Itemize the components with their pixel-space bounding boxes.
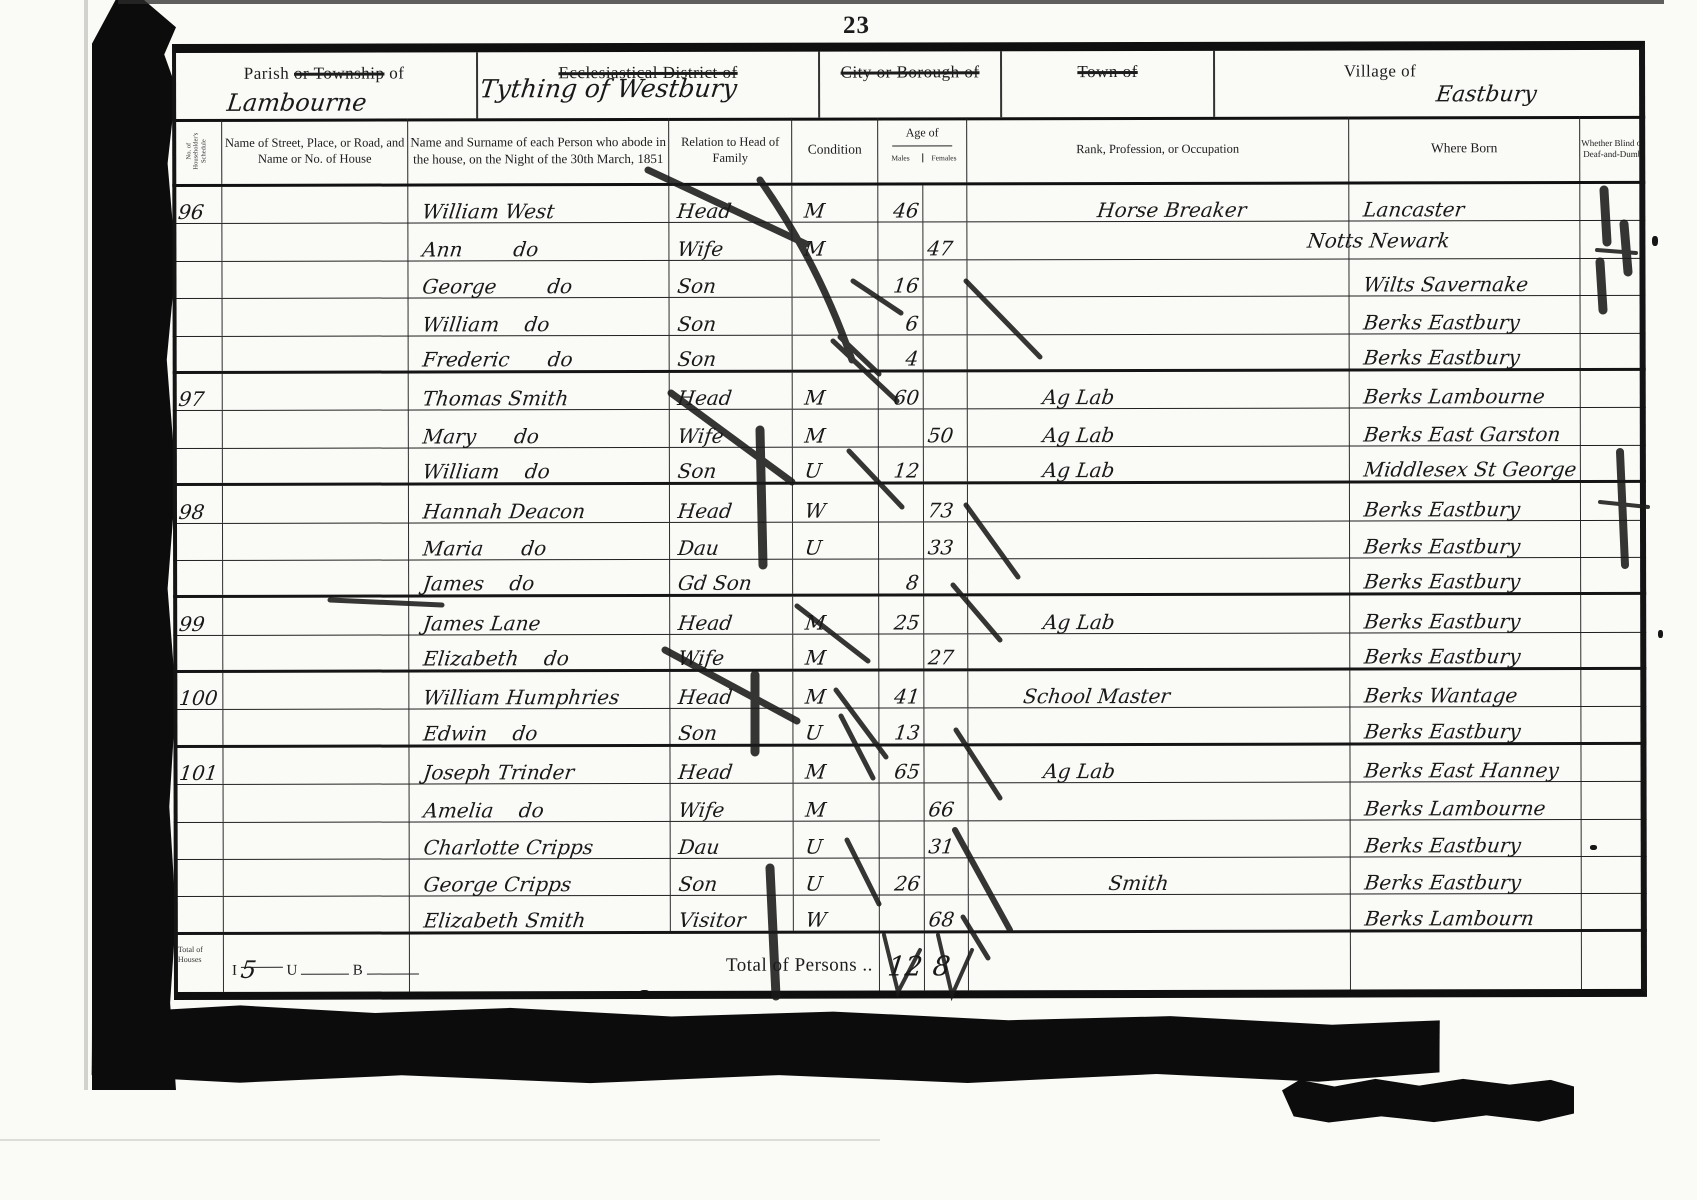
- condition-cell: M: [794, 784, 880, 821]
- infirm-cell: [1581, 745, 1646, 782]
- born-cell: Berks Eastbury: [1350, 558, 1581, 593]
- age-females-cell: [924, 671, 968, 707]
- street-cell: [223, 411, 409, 448]
- street-cell: [223, 486, 409, 523]
- born-cell: Berks Wantage: [1350, 670, 1581, 707]
- age-males-cell: 12: [879, 447, 924, 481]
- age-males-cell: [878, 223, 923, 259]
- person-name-cell: James do: [409, 560, 670, 595]
- schedule-number-cell: [173, 523, 223, 559]
- infirm-cell: [1581, 371, 1646, 408]
- table-row: Ann do Wife M 47 Notts Newark: [172, 221, 1645, 261]
- infirm-cell: [1581, 707, 1646, 742]
- street-cell: [223, 523, 409, 560]
- total-houses-label-cell: Total of Houses: [174, 935, 224, 992]
- table-row: 100 William Humphries Head M 41 School M…: [173, 670, 1646, 710]
- schedule-number-cell: [172, 224, 222, 260]
- relation-cell: Dau: [671, 821, 794, 858]
- age-females-cell: [924, 559, 968, 593]
- age-males-cell: 26: [880, 858, 925, 894]
- occupation-cell: [968, 521, 1350, 558]
- street-cell: [223, 373, 409, 410]
- age-females-cell: [924, 298, 968, 334]
- schedule-number-cell: [173, 636, 223, 670]
- born-cell: Berks Eastbury: [1350, 708, 1581, 743]
- age-females-cell: 33: [924, 522, 968, 558]
- infirm-cell: [1581, 595, 1646, 632]
- occupation-cell: Smith: [969, 858, 1351, 895]
- infirm-cell: [1580, 221, 1645, 258]
- condition-cell: U: [793, 447, 879, 482]
- table-row: 97 Thomas Smith Head M 60 Ag Lab Berks L…: [173, 371, 1646, 411]
- relation-cell: Son: [670, 447, 793, 482]
- age-males-cell: 4: [879, 335, 924, 369]
- person-name-cell: Amelia do: [410, 784, 671, 821]
- born-cell: Berks Eastbury: [1350, 296, 1581, 333]
- table-row: Amelia do Wife M 66 Berks Lambourne: [174, 782, 1647, 822]
- street-cell: [223, 710, 409, 745]
- age-males-cell: 65: [879, 746, 924, 782]
- occupation-cell: [968, 297, 1350, 334]
- total-males-cell: 12: [880, 933, 925, 990]
- table-row: 96 William West Head M 46 Horse Breaker …: [172, 184, 1645, 224]
- table-row: George Cripps Son U 26 Smith Berks Eastb…: [174, 857, 1647, 897]
- street-cell: [224, 822, 410, 859]
- infirm-cell: [1582, 782, 1647, 819]
- totals-row: Total of Houses I 5 U B Total of Persons…: [174, 932, 1647, 992]
- relation-cell: Wife: [670, 410, 793, 447]
- born-cell: Wilts Savernake: [1349, 259, 1580, 296]
- occupation-cell: [967, 222, 1349, 259]
- age-females-cell: [923, 185, 967, 221]
- condition-cell: [792, 260, 878, 297]
- infirm-cell: [1581, 483, 1646, 520]
- infirm-cell: [1580, 259, 1645, 296]
- table-row: Mary do Wife M 50 Ag Lab Berks East Gars…: [173, 408, 1646, 448]
- district-section: Ecclesiastical District of Tything of We…: [478, 52, 820, 119]
- census-scan-page: 23 Parish or Township of Lambourne Eccle…: [0, 0, 1697, 1200]
- col-header-infirm: Whether Blind or Deaf-and-Dumb: [1580, 116, 1645, 181]
- occupation-cell: Ag Lab: [968, 745, 1350, 782]
- condition-cell: [793, 298, 879, 335]
- condition-cell: U: [793, 522, 879, 559]
- street-cell: [223, 299, 409, 336]
- table-row: Charlotte Cripps Dau U 31 Berks Eastbury: [174, 820, 1647, 860]
- age-females-cell: [925, 858, 969, 894]
- relation-cell: Wife: [671, 784, 794, 821]
- occupation-cell: [968, 633, 1350, 668]
- person-name-cell: Elizabeth do: [409, 635, 670, 670]
- schedule-number-cell: [174, 897, 224, 931]
- age-divider-line: [892, 145, 952, 146]
- person-name-cell: Maria do: [409, 522, 670, 559]
- col-header-schedule: No. of Householder's Schedule: [172, 119, 222, 184]
- schedule-number-cell: [172, 262, 222, 298]
- born-cell: Berks Eastbury: [1350, 483, 1581, 520]
- table-body: 96 William West Head M 46 Horse Breaker …: [172, 184, 1647, 935]
- infirm-cell: [1581, 520, 1646, 557]
- total-males: 12: [886, 951, 924, 982]
- city-label: City or Borough of: [820, 62, 1000, 82]
- occupation-cell: Ag Lab: [968, 446, 1350, 481]
- age-males-cell: 13: [879, 709, 924, 743]
- born-cell: Middlesex St George: [1350, 446, 1581, 481]
- table-row: Elizabeth Smith Visitor W 68 Berks Lambo…: [174, 894, 1647, 934]
- schedule-number-cell: [174, 785, 224, 821]
- occupation-cell: Ag Lab: [968, 596, 1350, 633]
- infirm-cell: [1581, 558, 1646, 593]
- person-name-cell: Mary do: [409, 410, 670, 447]
- occupation-cell: School Master: [968, 671, 1350, 708]
- col-header-relation: Relation to Head of Family: [669, 118, 792, 183]
- age-males-cell: 8: [879, 559, 924, 593]
- schedule-number-cell: [173, 561, 223, 595]
- relation-cell: Son: [670, 709, 793, 744]
- street-cell: [223, 448, 409, 483]
- schedule-number-cell: [173, 449, 223, 483]
- street-cell: [222, 224, 408, 261]
- relation-cell: Head: [670, 747, 793, 784]
- schedule-number-cell: [173, 336, 223, 370]
- person-name-cell: Edwin do: [409, 709, 670, 744]
- person-name-cell: William do: [409, 448, 670, 483]
- born-cell: Berks East Garston: [1350, 408, 1581, 445]
- table-row: James do Gd Son 8 Berks Eastbury: [173, 558, 1646, 598]
- age-males-cell: [879, 522, 924, 558]
- schedule-number-cell: [174, 860, 224, 896]
- occupation-cell: Horse Breaker: [967, 185, 1349, 222]
- street-cell: [224, 860, 410, 897]
- age-females-cell: [924, 746, 968, 782]
- condition-cell: U: [794, 859, 880, 896]
- age-males-cell: [879, 485, 924, 521]
- age-females-cell: 47: [923, 223, 967, 259]
- infirm-cell: [1581, 333, 1646, 368]
- village-section: Village of Eastbury: [1215, 50, 1645, 117]
- age-males-cell: 25: [879, 597, 924, 633]
- table-row: Frederic do Son 4 Berks Eastbury: [173, 333, 1646, 373]
- person-name-cell: Charlotte Cripps: [410, 822, 671, 859]
- born-cell: Berks Eastbury: [1350, 521, 1581, 558]
- total-females: 8: [931, 951, 952, 982]
- col-header-age: Age of Males Females: [878, 117, 967, 182]
- condition-cell: [793, 559, 879, 594]
- infirm-cell: [1581, 408, 1646, 445]
- relation-cell: Head: [670, 485, 793, 522]
- occupation-cell: Ag Lab: [968, 371, 1350, 408]
- person-name-cell: Ann do: [408, 223, 669, 260]
- born-cell: Lancaster: [1349, 184, 1580, 221]
- totals-empty-occupation: [969, 933, 1351, 991]
- street-cell: [222, 261, 408, 298]
- relation-cell: Son: [671, 859, 794, 896]
- condition-cell: M: [793, 634, 879, 669]
- table-row: William do Son 6 Berks Eastbury: [173, 296, 1646, 336]
- occupation-cell: [969, 783, 1351, 820]
- scan-artifact-left-band: [92, 0, 176, 1090]
- total-houses-label: Total of Houses: [178, 945, 223, 964]
- condition-cell: M: [793, 672, 879, 709]
- street-cell: [223, 560, 409, 595]
- person-name-cell: William Humphries: [409, 672, 670, 709]
- schedule-number-cell: 98: [173, 486, 223, 522]
- relation-cell: Son: [670, 335, 793, 370]
- relation-cell: Wife: [669, 223, 792, 260]
- col-header-occupation: Rank, Profession, or Occupation: [967, 117, 1349, 183]
- occupation-cell: [968, 708, 1350, 743]
- relation-cell: Son: [670, 298, 793, 335]
- infirm-cell: [1581, 446, 1646, 481]
- houses-tally: I 5 U B: [232, 952, 419, 979]
- occupation-cell: [967, 259, 1349, 296]
- person-name-cell: Elizabeth Smith: [410, 896, 671, 931]
- schedule-number-cell: 100: [173, 673, 223, 709]
- age-females-cell: [924, 372, 968, 408]
- schedule-number-cell: [174, 823, 224, 859]
- age-females-cell: [924, 335, 968, 369]
- street-cell: [222, 187, 408, 224]
- infirm-cell: [1582, 894, 1647, 929]
- age-males-cell: 41: [879, 672, 924, 708]
- schedule-number-cell: [173, 411, 223, 447]
- age-females-cell: [924, 709, 968, 743]
- street-cell: [223, 598, 409, 635]
- street-cell: [224, 897, 410, 932]
- relation-cell: Head: [670, 597, 793, 634]
- town-section: Town of: [1002, 51, 1215, 117]
- relation-cell: Gd Son: [670, 560, 793, 595]
- condition-cell: U: [793, 709, 879, 744]
- table-row: Edwin do Son U 13 Berks Eastbury: [173, 707, 1646, 747]
- age-females-cell: [923, 260, 967, 296]
- occupation-cell: [968, 334, 1350, 369]
- table-row: 101 Joseph Trinder Head M 65 Ag Lab Berk…: [173, 745, 1646, 785]
- age-females-cell: [924, 597, 968, 633]
- born-cell: Berks Eastbury: [1351, 857, 1582, 894]
- age-females-cell: 66: [925, 784, 969, 820]
- table-row: Elizabeth do Wife M 27 Berks Eastbury: [173, 633, 1646, 673]
- occupation-cell: Ag Lab: [968, 409, 1350, 446]
- occupation-cell: [969, 820, 1351, 857]
- table-row: William do Son U 12 Ag Lab Middlesex St …: [173, 446, 1646, 486]
- age-females-cell: 50: [924, 410, 968, 446]
- born-cell: Berks East Hanney: [1350, 745, 1581, 782]
- condition-cell: U: [794, 821, 880, 858]
- totals-empty-born: [1351, 932, 1582, 989]
- street-cell: [223, 673, 409, 710]
- infirm-cell: [1581, 670, 1646, 707]
- table-row: 99 James Lane Head M 25 Ag Lab Berks Eas…: [173, 595, 1646, 635]
- person-name-cell: William do: [409, 298, 670, 335]
- person-name-cell: Thomas Smith: [409, 373, 670, 410]
- occupation-cell: [968, 484, 1350, 521]
- condition-cell: M: [793, 597, 879, 634]
- col-header-street: Name of Street, Place, or Road, and Name…: [222, 119, 408, 184]
- scan-speck: [1652, 236, 1658, 246]
- person-name-cell: George Cripps: [410, 859, 671, 896]
- col-header-condition: Condition: [792, 118, 878, 183]
- age-males-cell: [880, 784, 925, 820]
- street-cell: [223, 747, 409, 784]
- relation-cell: Head: [670, 672, 793, 709]
- totals-empty-infirm: [1582, 932, 1647, 989]
- street-cell: [224, 785, 410, 822]
- condition-cell: M: [793, 746, 879, 783]
- col-header-person: Name and Surname of each Person who abod…: [408, 118, 669, 184]
- condition-cell: W: [793, 485, 879, 522]
- street-cell: [223, 336, 409, 371]
- born-cell: Berks Lambourne: [1351, 782, 1582, 819]
- schedule-number-cell: [173, 710, 223, 744]
- condition-cell: [793, 335, 879, 370]
- page-number: 23: [843, 12, 870, 40]
- relation-cell: Head: [669, 186, 792, 223]
- person-name-cell: George do: [408, 261, 669, 298]
- born-cell: Berks Eastbury: [1350, 334, 1581, 369]
- total-persons-label: Total of Persons ..: [726, 955, 873, 977]
- age-males-cell: 16: [878, 260, 923, 296]
- condition-cell: M: [793, 410, 879, 447]
- table-row: George do Son 16 Wilts Savernake: [172, 259, 1645, 299]
- infirm-cell: [1581, 296, 1646, 333]
- born-cell: Berks Eastbury: [1350, 595, 1581, 632]
- scan-artifact-top-edge: [118, 0, 1664, 4]
- infirm-cell: [1582, 820, 1647, 857]
- born-cell: Berks Lambourn: [1351, 894, 1582, 929]
- age-males-cell: [880, 896, 925, 930]
- village-value: Eastbury: [1435, 82, 1539, 107]
- table-row: Maria do Dau U 33 Berks Eastbury: [173, 520, 1646, 560]
- age-males-cell: 60: [879, 372, 924, 408]
- census-form: Parish or Township of Lambourne Ecclesia…: [172, 41, 1647, 1000]
- parish-label: Parish or Township of: [172, 63, 476, 84]
- person-name-cell: Hannah Deacon: [409, 485, 670, 522]
- age-males-cell: [879, 634, 924, 668]
- schedule-number-cell: 99: [173, 598, 223, 634]
- schedule-number-cell: 97: [173, 374, 223, 410]
- age-females-cell: 31: [925, 821, 969, 857]
- scan-speck: [1658, 630, 1663, 638]
- occupation-cell: [968, 558, 1350, 593]
- person-name-cell: Frederic do: [409, 336, 670, 371]
- relation-cell: Wife: [670, 634, 793, 669]
- district-value: Tything of Westbury: [478, 74, 738, 104]
- condition-cell: M: [792, 223, 878, 260]
- age-males-cell: [879, 410, 924, 446]
- age-male-female-labels: Males Females: [879, 153, 965, 163]
- infirm-cell: [1580, 184, 1645, 221]
- relation-cell: Visitor: [671, 896, 794, 931]
- age-males-cell: 6: [879, 298, 924, 334]
- person-name-cell: Joseph Trinder: [409, 747, 670, 784]
- age-females-cell: [924, 447, 968, 481]
- city-section: City or Borough of: [820, 51, 1002, 117]
- schedule-number-cell: 101: [173, 748, 223, 784]
- title-band: Parish or Township of Lambourne Ecclesia…: [172, 50, 1645, 122]
- condition-cell: W: [794, 896, 880, 931]
- scan-artifact-bottom-right-band: [1282, 1076, 1574, 1124]
- scan-shadow-line: [0, 1139, 880, 1141]
- column-headers: No. of Householder's Schedule Name of St…: [172, 116, 1645, 187]
- total-females-cell: 8: [925, 933, 969, 990]
- paper-edge-shadow: [84, 0, 88, 1090]
- schedule-number-cell: [173, 299, 223, 335]
- born-cell: Berks Lambourne: [1350, 371, 1581, 408]
- schedule-number-cell: 96: [172, 187, 222, 223]
- col-header-born: Where Born: [1349, 116, 1580, 181]
- relation-cell: Head: [670, 373, 793, 410]
- age-males-cell: [880, 821, 925, 857]
- age-females-cell: 27: [924, 634, 968, 668]
- inhabited-count: 5: [239, 956, 258, 984]
- table-row: 98 Hannah Deacon Head W 73 Berks Eastbur…: [173, 483, 1646, 523]
- age-females-cell: 68: [925, 896, 969, 930]
- person-name-cell: William West: [408, 186, 669, 223]
- born-cell: Notts Newark: [1349, 221, 1580, 258]
- born-cell: Berks Eastbury: [1350, 633, 1581, 668]
- age-males-cell: 46: [878, 185, 923, 221]
- relation-cell: Dau: [670, 522, 793, 559]
- infirm-cell: [1581, 633, 1646, 668]
- born-cell: Berks Eastbury: [1351, 820, 1582, 857]
- village-label: Village of: [1215, 61, 1645, 82]
- condition-cell: M: [793, 372, 879, 409]
- infirm-cell: [1582, 857, 1647, 894]
- total-persons-label-cell: Total of Persons ..: [410, 934, 880, 992]
- town-label: Town of: [1002, 62, 1213, 82]
- parish-value: Lambourne: [225, 89, 368, 117]
- relation-cell: Son: [669, 260, 792, 297]
- person-name-cell: James Lane: [409, 597, 670, 634]
- total-houses-values-cell: I 5 U B: [224, 935, 410, 992]
- age-females-cell: 73: [924, 484, 968, 520]
- street-cell: [223, 635, 409, 670]
- condition-cell: M: [792, 186, 878, 223]
- parish-section: Parish or Township of Lambourne: [172, 52, 478, 119]
- scan-artifact-bottom-band: [91, 1002, 1439, 1094]
- occupation-cell: [969, 895, 1351, 930]
